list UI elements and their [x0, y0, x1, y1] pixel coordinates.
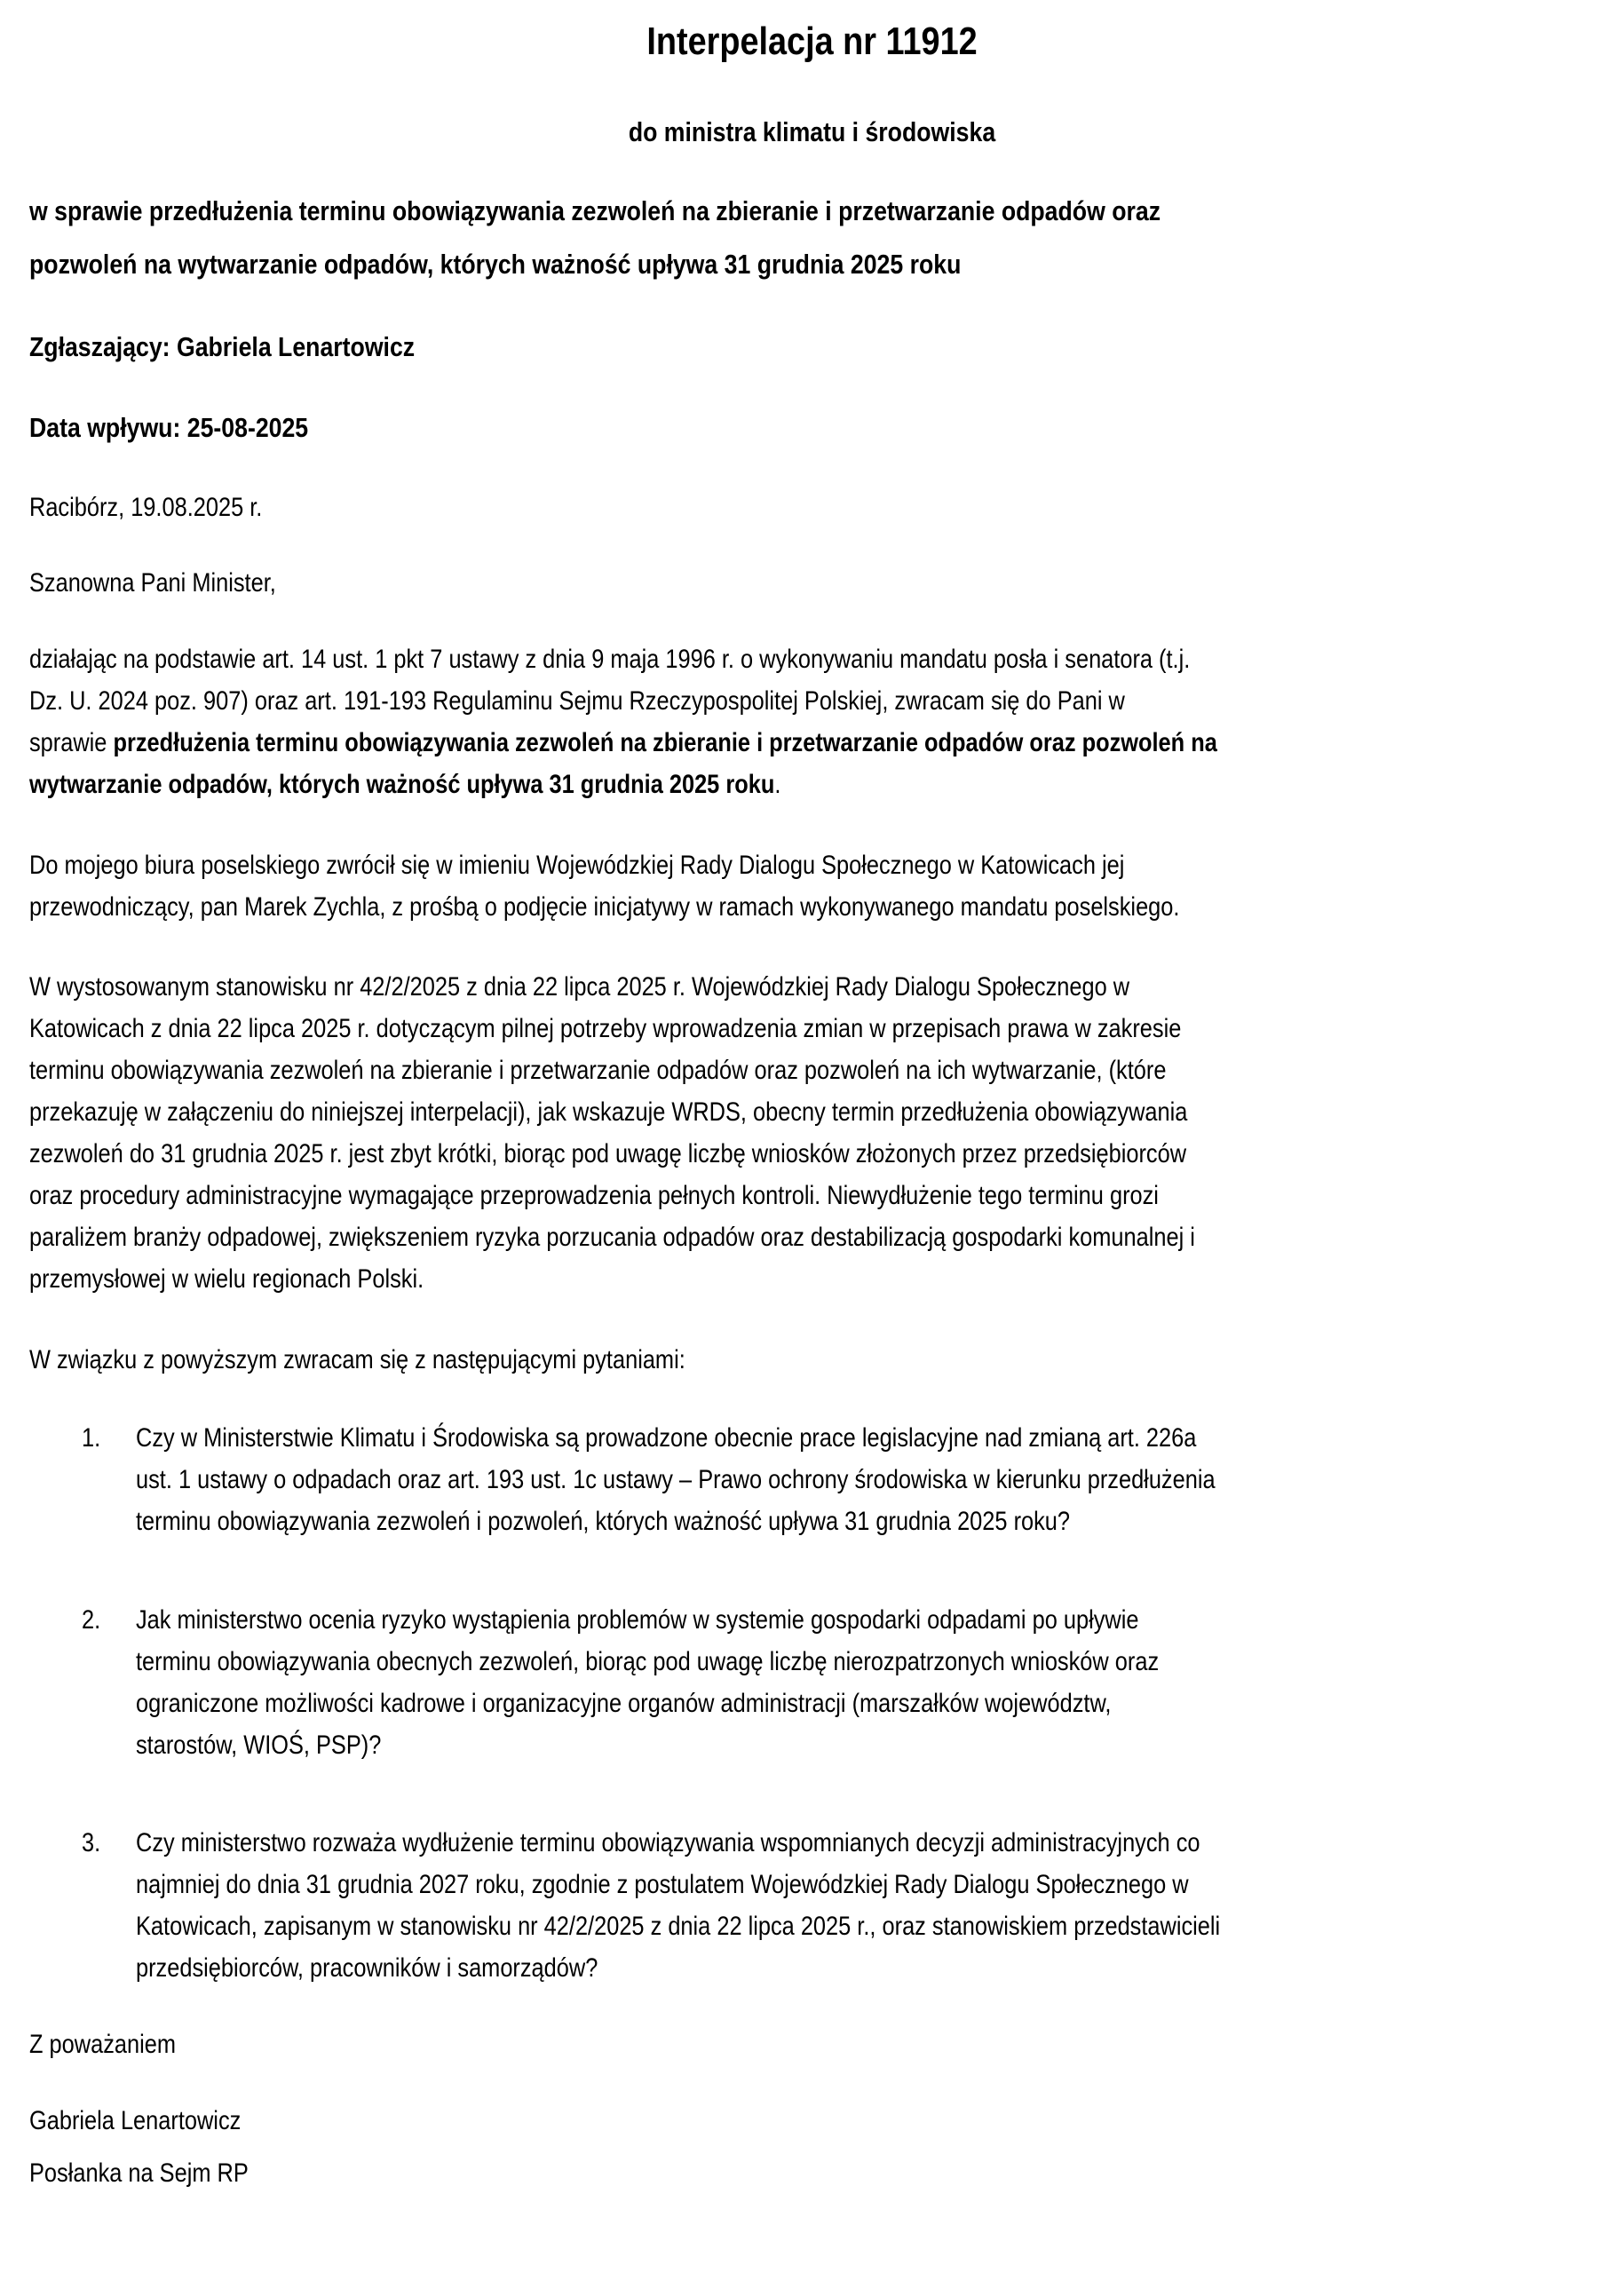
interpellation-document: Interpelacja nr 11912 do ministra klimat… [0, 0, 1624, 2273]
salutation: Szanowna Pani Minister, [29, 568, 276, 598]
paragraph2-line1: Do mojego biura poselskiego zwrócił się … [29, 851, 1124, 881]
paragraph3-line3: terminu obowiązywania zezwoleń na zbiera… [29, 1056, 1166, 1086]
addressee: do ministra klimatu i środowiska [114, 116, 1510, 148]
question-3-line1: Czy ministerstwo rozważa wydłużenie term… [136, 1828, 1200, 1858]
place-date: Racibórz, 19.08.2025 r. [29, 493, 262, 523]
paragraph1-line4: wytwarzanie odpadów, których ważność upł… [29, 770, 780, 800]
paragraph1-line4-bold: wytwarzanie odpadów, których ważność upł… [29, 770, 774, 799]
paragraph1-line3-bold: przedłużenia terminu obowiązywania zezwo… [113, 728, 1216, 757]
paragraph1-line2: Dz. U. 2024 poz. 907) oraz art. 191-193 … [29, 686, 1125, 717]
paragraph2-line2: przewodniczący, pan Marek Zychla, z proś… [29, 892, 1179, 923]
question-number: 2. [82, 1605, 100, 1635]
paragraph1-line1: działając na podstawie art. 14 ust. 1 pk… [29, 645, 1190, 675]
received-date: Data wpływu: 25-08-2025 [29, 412, 308, 444]
question-2-line2: terminu obowiązywania obecnych zezwoleń,… [136, 1647, 1159, 1677]
signature-name: Gabriela Lenartowicz [29, 2106, 241, 2136]
question-1-line3: terminu obowiązywania zezwoleń i pozwole… [136, 1507, 1070, 1537]
question-1-line1: Czy w Ministerstwie Klimatu i Środowiska… [136, 1423, 1196, 1453]
question-3-line2: najmniej do dnia 31 grudnia 2027 roku, z… [136, 1870, 1189, 1900]
subject-line-2: pozwoleń na wytwarzanie odpadów, których… [29, 249, 961, 281]
paragraph1-line3: sprawie przedłużenia terminu obowiązywan… [29, 728, 1217, 758]
questions-intro: W związku z powyższym zwracam się z nast… [29, 1345, 685, 1375]
paragraph3-line4: przekazuję w załączeniu do niniejszej in… [29, 1097, 1187, 1128]
question-3-line3: Katowicach, zapisanym w stanowisku nr 42… [136, 1912, 1220, 1942]
document-title: Interpelacja nr 11912 [114, 20, 1510, 64]
paragraph1-line4-normal: . [774, 770, 780, 799]
paragraph3-line8: przemysłowej w wielu regionach Polski. [29, 1264, 424, 1295]
paragraph3-line5: zezwoleń do 31 grudnia 2025 r. jest zbyt… [29, 1139, 1186, 1169]
question-2-line4: starostów, WIOŚ, PSP)? [136, 1730, 381, 1761]
question-2-line3: ograniczone możliwości kadrowe i organiz… [136, 1689, 1111, 1719]
question-3-line4: przedsiębiorców, pracowników i samorządó… [136, 1953, 598, 1984]
paragraph3-line1: W wystosowanym stanowisku nr 42/2/2025 z… [29, 972, 1129, 1002]
question-number: 1. [82, 1423, 100, 1453]
question-number: 3. [82, 1828, 100, 1858]
paragraph1-line3-normal: sprawie [29, 728, 113, 757]
question-1-line2: ust. 1 ustawy o odpadach oraz art. 193 u… [136, 1465, 1216, 1495]
paragraph3-line6: oraz procedury administracyjne wymagając… [29, 1181, 1159, 1211]
signature-role: Posłanka na Sejm RP [29, 2158, 249, 2189]
paragraph3-line7: paraliżem branży odpadowej, zwiększeniem… [29, 1223, 1195, 1253]
closing: Z poważaniem [29, 2030, 176, 2060]
paragraph3-line2: Katowicach z dnia 22 lipca 2025 r. dotyc… [29, 1014, 1181, 1044]
submitter: Zgłaszający: Gabriela Lenartowicz [29, 331, 415, 363]
subject-line-1: w sprawie przedłużenia terminu obowiązyw… [29, 195, 1161, 227]
question-2-line1: Jak ministerstwo ocenia ryzyko wystąpien… [136, 1605, 1138, 1635]
